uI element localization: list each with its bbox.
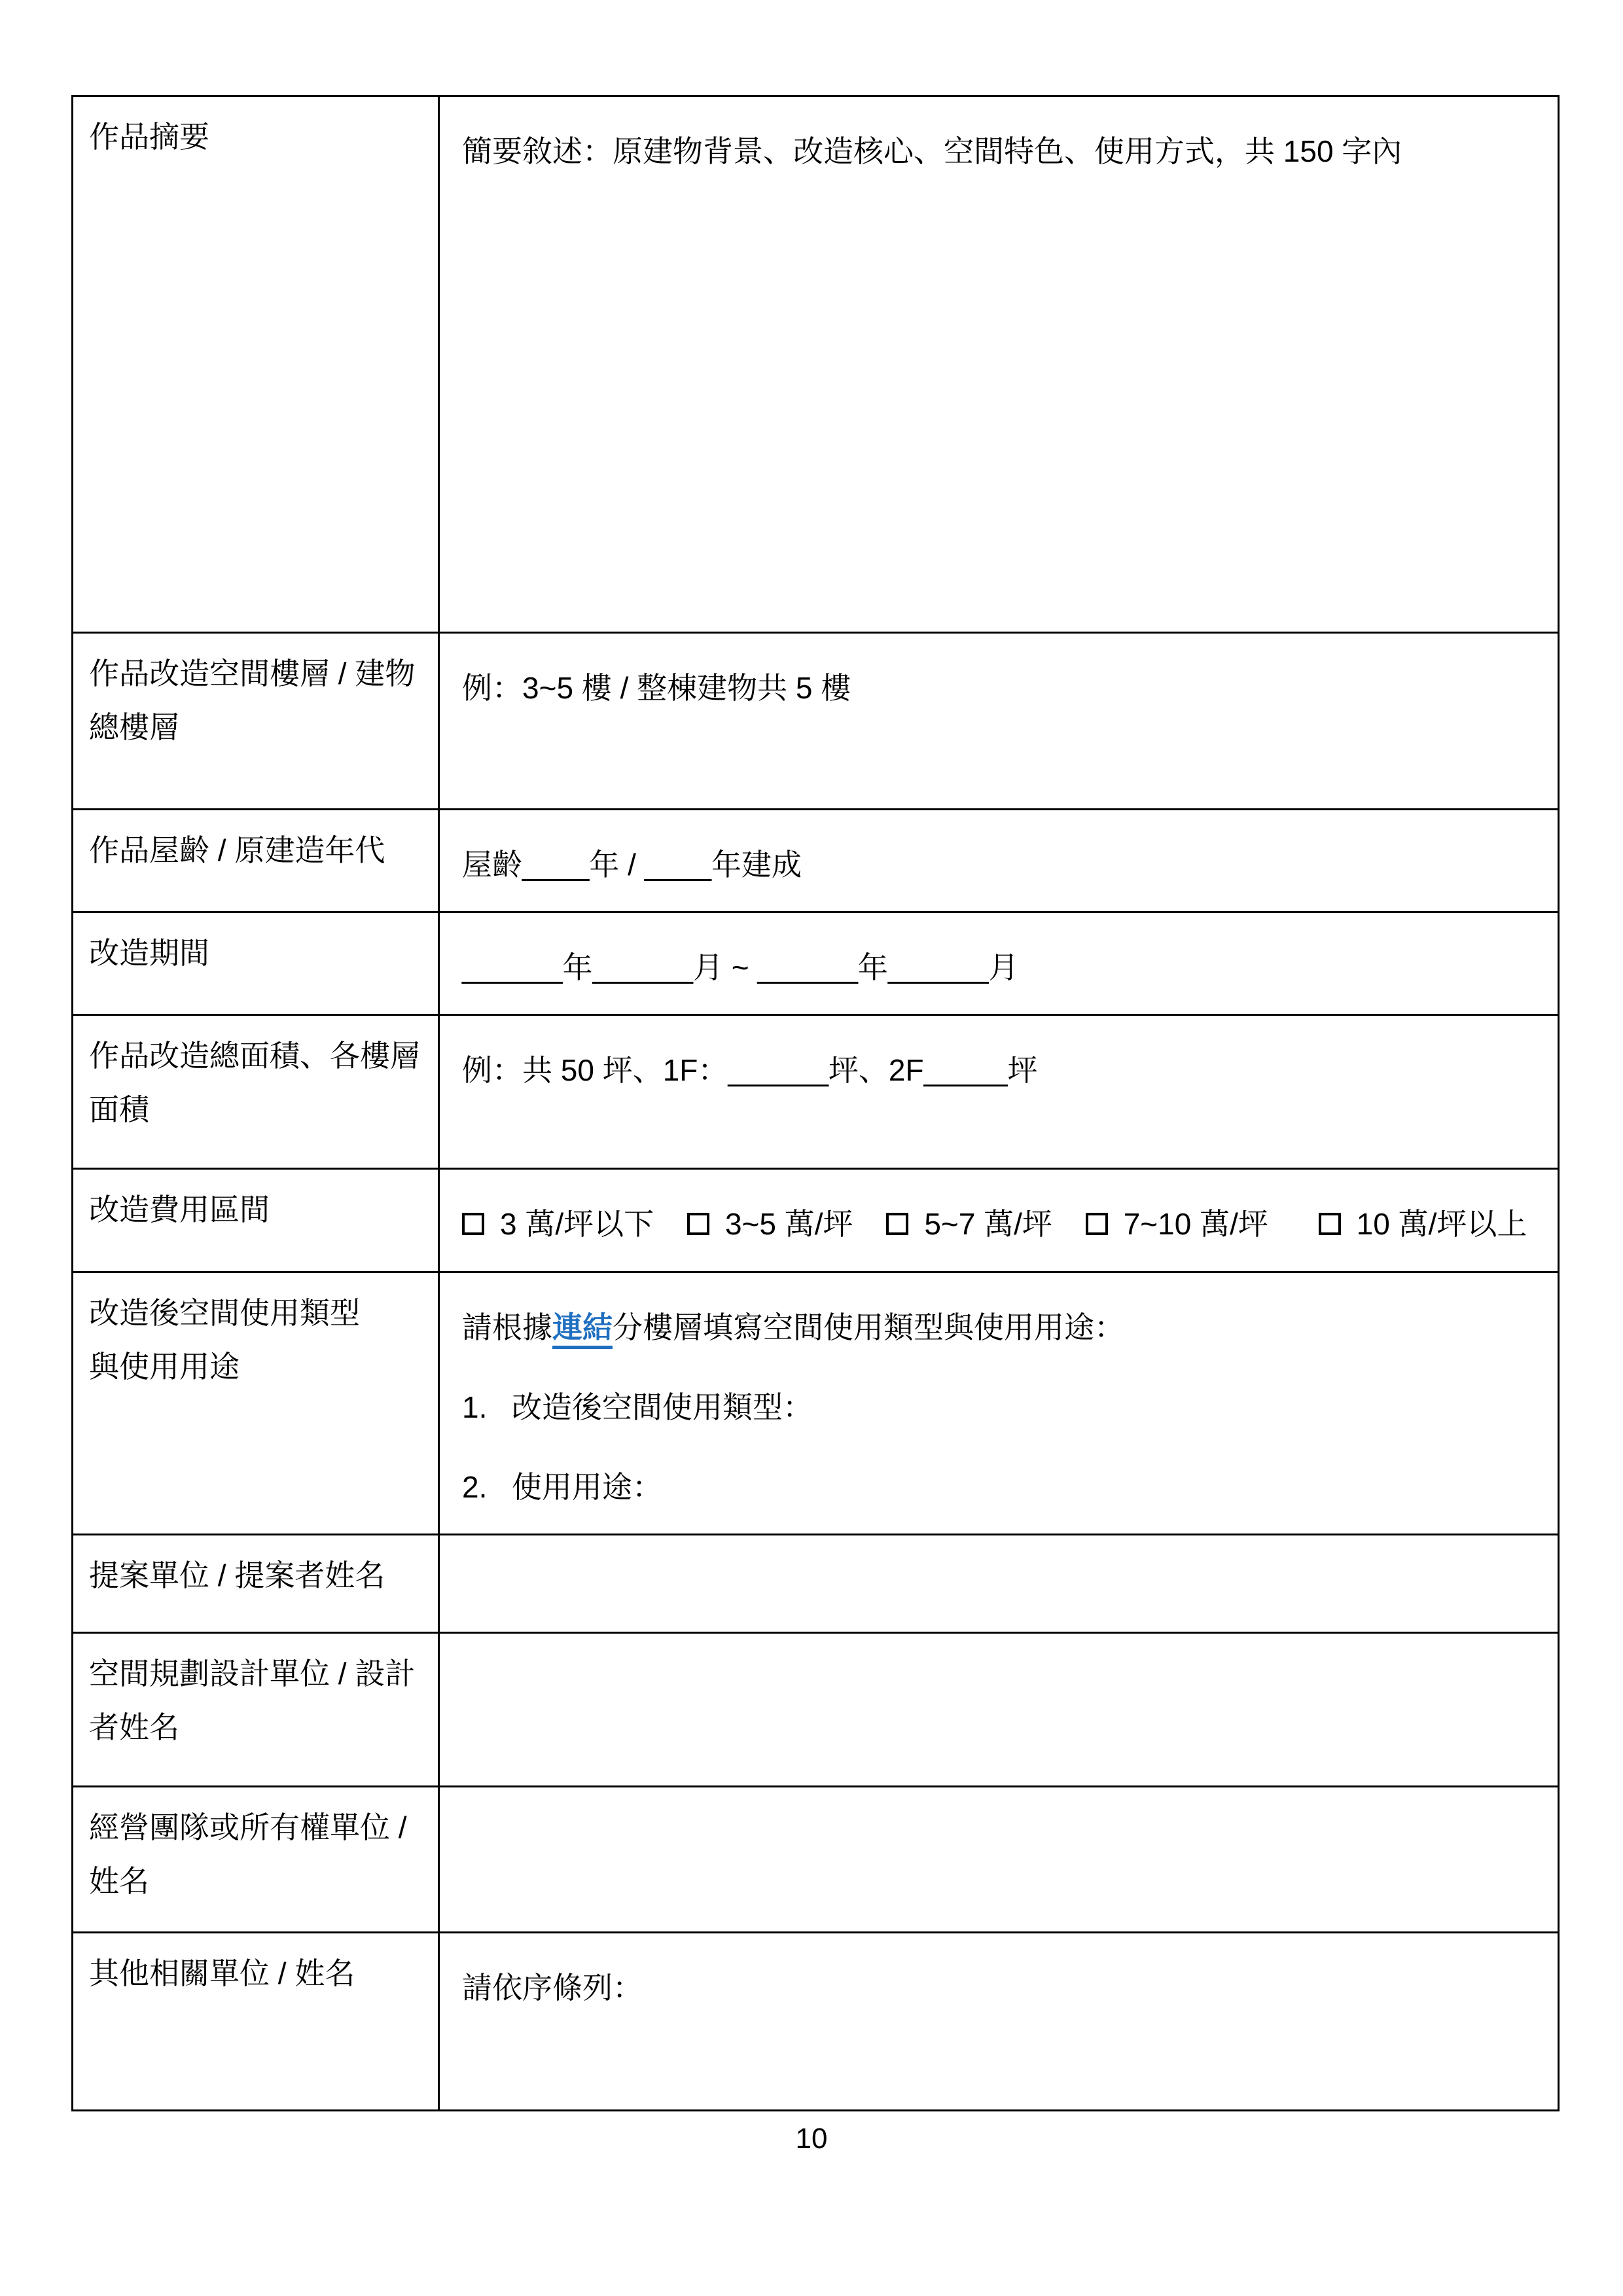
- intro-prefix: 請根據: [462, 1310, 552, 1344]
- list-number: 2.: [462, 1460, 512, 1514]
- floor-type-reference-link[interactable]: 連結: [552, 1310, 613, 1349]
- table-row-renovated-floors: 作品改造空間樓層 / 建物 總樓層 例：3~5 樓 / 整棟建物共 5 樓: [73, 633, 1559, 810]
- list-number: 1.: [462, 1380, 512, 1434]
- table-row-work-abstract: 作品摘要 簡要敘述：原建物背景、改造核心、空間特色、使用方式，共 150 字內: [73, 96, 1559, 633]
- document-page: 作品摘要 簡要敘述：原建物背景、改造核心、空間特色、使用方式，共 150 字內 …: [0, 0, 1623, 2296]
- cost-option-3-5[interactable]: 3~5 萬/坪: [687, 1197, 853, 1251]
- work-abstract-hint: 簡要敘述：原建物背景、改造核心、空間特色、使用方式，共 150 字內: [462, 134, 1402, 168]
- cost-option-label: 3~5 萬/坪: [725, 1197, 853, 1251]
- renovated-floors-label: 作品改造空間樓層 / 建物 總樓層: [73, 633, 439, 810]
- renovated-floors-hint: 例：3~5 樓 / 整棟建物共 5 樓: [462, 671, 851, 705]
- table-row-renovation-period: 改造期間 ______年______月 ~ ______年______月: [73, 912, 1559, 1015]
- cost-option-label: 3 萬/坪以下: [500, 1197, 654, 1251]
- list-item-use-purpose: 2. 使用用途：: [462, 1460, 1538, 1514]
- table-row-post-renovation-use: 改造後空間使用類型 與使用用途 請根據連結分樓層填寫空間使用類型與使用用途： 1…: [73, 1272, 1559, 1535]
- other-related-units-hint: 請依序條列：: [462, 1971, 643, 2005]
- renovation-cost-range-field: 3 萬/坪以下 3~5 萬/坪 5~7 萬/坪 7~10 萬/坪: [439, 1169, 1559, 1272]
- cost-option-over-10[interactable]: 10 萬/坪以上: [1319, 1197, 1527, 1251]
- table-row-operating-team: 經營團隊或所有權單位 / 姓名: [73, 1787, 1559, 1933]
- checkbox-icon[interactable]: [1319, 1213, 1341, 1235]
- other-related-units-label: 其他相關單位 / 姓名: [73, 1933, 439, 2111]
- renovation-area-label: 作品改造總面積、各樓層 面積: [73, 1015, 439, 1169]
- renovated-floors-field[interactable]: 例：3~5 樓 / 整棟建物共 5 樓: [439, 633, 1559, 810]
- renovation-area-field[interactable]: 例：共 50 坪、1F：______坪、2F_____坪: [439, 1015, 1559, 1169]
- table-row-building-age: 作品屋齡 / 原建造年代 屋齡____年 / ____年建成: [73, 810, 1559, 912]
- cost-option-label: 10 萬/坪以上: [1357, 1197, 1527, 1251]
- renovation-cost-range-label: 改造費用區間: [73, 1169, 439, 1272]
- table-row-renovation-area: 作品改造總面積、各樓層 面積 例：共 50 坪、1F：______坪、2F___…: [73, 1015, 1559, 1169]
- checkbox-icon[interactable]: [1086, 1213, 1108, 1235]
- design-unit-field[interactable]: [439, 1633, 1559, 1787]
- list-item-use-type: 1. 改造後空間使用類型：: [462, 1380, 1538, 1434]
- cost-option-7-10[interactable]: 7~10 萬/坪: [1086, 1197, 1268, 1251]
- building-age-blanks: 屋齡____年 / ____年建成: [462, 848, 802, 882]
- operating-team-field[interactable]: [439, 1787, 1559, 1933]
- cost-option-label: 5~7 萬/坪: [924, 1197, 1052, 1251]
- checkbox-icon[interactable]: [886, 1213, 908, 1235]
- renovation-period-label: 改造期間: [73, 912, 439, 1015]
- list-item-text: 使用用途：: [512, 1460, 662, 1514]
- cost-option-5-7[interactable]: 5~7 萬/坪: [886, 1197, 1052, 1251]
- operating-team-label: 經營團隊或所有權單位 / 姓名: [73, 1787, 439, 1933]
- page-number: 10: [0, 2122, 1623, 2156]
- list-item-text: 改造後空間使用類型：: [512, 1380, 813, 1434]
- table-row-renovation-cost-range: 改造費用區間 3 萬/坪以下 3~5 萬/坪 5~7 萬/坪: [73, 1169, 1559, 1272]
- renovation-area-hint: 例：共 50 坪、1F：______坪、2F_____坪: [462, 1053, 1038, 1087]
- checkbox-icon[interactable]: [462, 1213, 484, 1235]
- post-renovation-use-field[interactable]: 請根據連結分樓層填寫空間使用類型與使用用途： 1. 改造後空間使用類型： 2. …: [439, 1272, 1559, 1535]
- design-unit-label: 空間規劃設計單位 / 設計 者姓名: [73, 1633, 439, 1787]
- work-abstract-field[interactable]: 簡要敘述：原建物背景、改造核心、空間特色、使用方式，共 150 字內: [439, 96, 1559, 633]
- table-row-proposer: 提案單位 / 提案者姓名: [73, 1535, 1559, 1633]
- renovation-period-field[interactable]: ______年______月 ~ ______年______月: [439, 912, 1559, 1015]
- cost-option-label: 7~10 萬/坪: [1124, 1197, 1268, 1251]
- proposer-label: 提案單位 / 提案者姓名: [73, 1535, 439, 1633]
- cost-option-under-3[interactable]: 3 萬/坪以下: [462, 1197, 654, 1251]
- work-abstract-label: 作品摘要: [73, 96, 439, 633]
- building-age-label: 作品屋齡 / 原建造年代: [73, 810, 439, 912]
- building-age-field[interactable]: 屋齡____年 / ____年建成: [439, 810, 1559, 912]
- checkbox-icon[interactable]: [687, 1213, 709, 1235]
- post-renovation-use-label: 改造後空間使用類型 與使用用途: [73, 1272, 439, 1535]
- entry-info-table: 作品摘要 簡要敘述：原建物背景、改造核心、空間特色、使用方式，共 150 字內 …: [71, 95, 1560, 2111]
- post-renovation-use-intro: 請根據連結分樓層填寫空間使用類型與使用用途：: [462, 1300, 1538, 1354]
- renovation-period-blanks: ______年______月 ~ ______年______月: [462, 950, 1018, 984]
- intro-suffix: 分樓層填寫空間使用類型與使用用途：: [613, 1310, 1124, 1344]
- other-related-units-field[interactable]: 請依序條列：: [439, 1933, 1559, 2111]
- proposer-field[interactable]: [439, 1535, 1559, 1633]
- table-row-other-related-units: 其他相關單位 / 姓名 請依序條列：: [73, 1933, 1559, 2111]
- table-row-design-unit: 空間規劃設計單位 / 設計 者姓名: [73, 1633, 1559, 1787]
